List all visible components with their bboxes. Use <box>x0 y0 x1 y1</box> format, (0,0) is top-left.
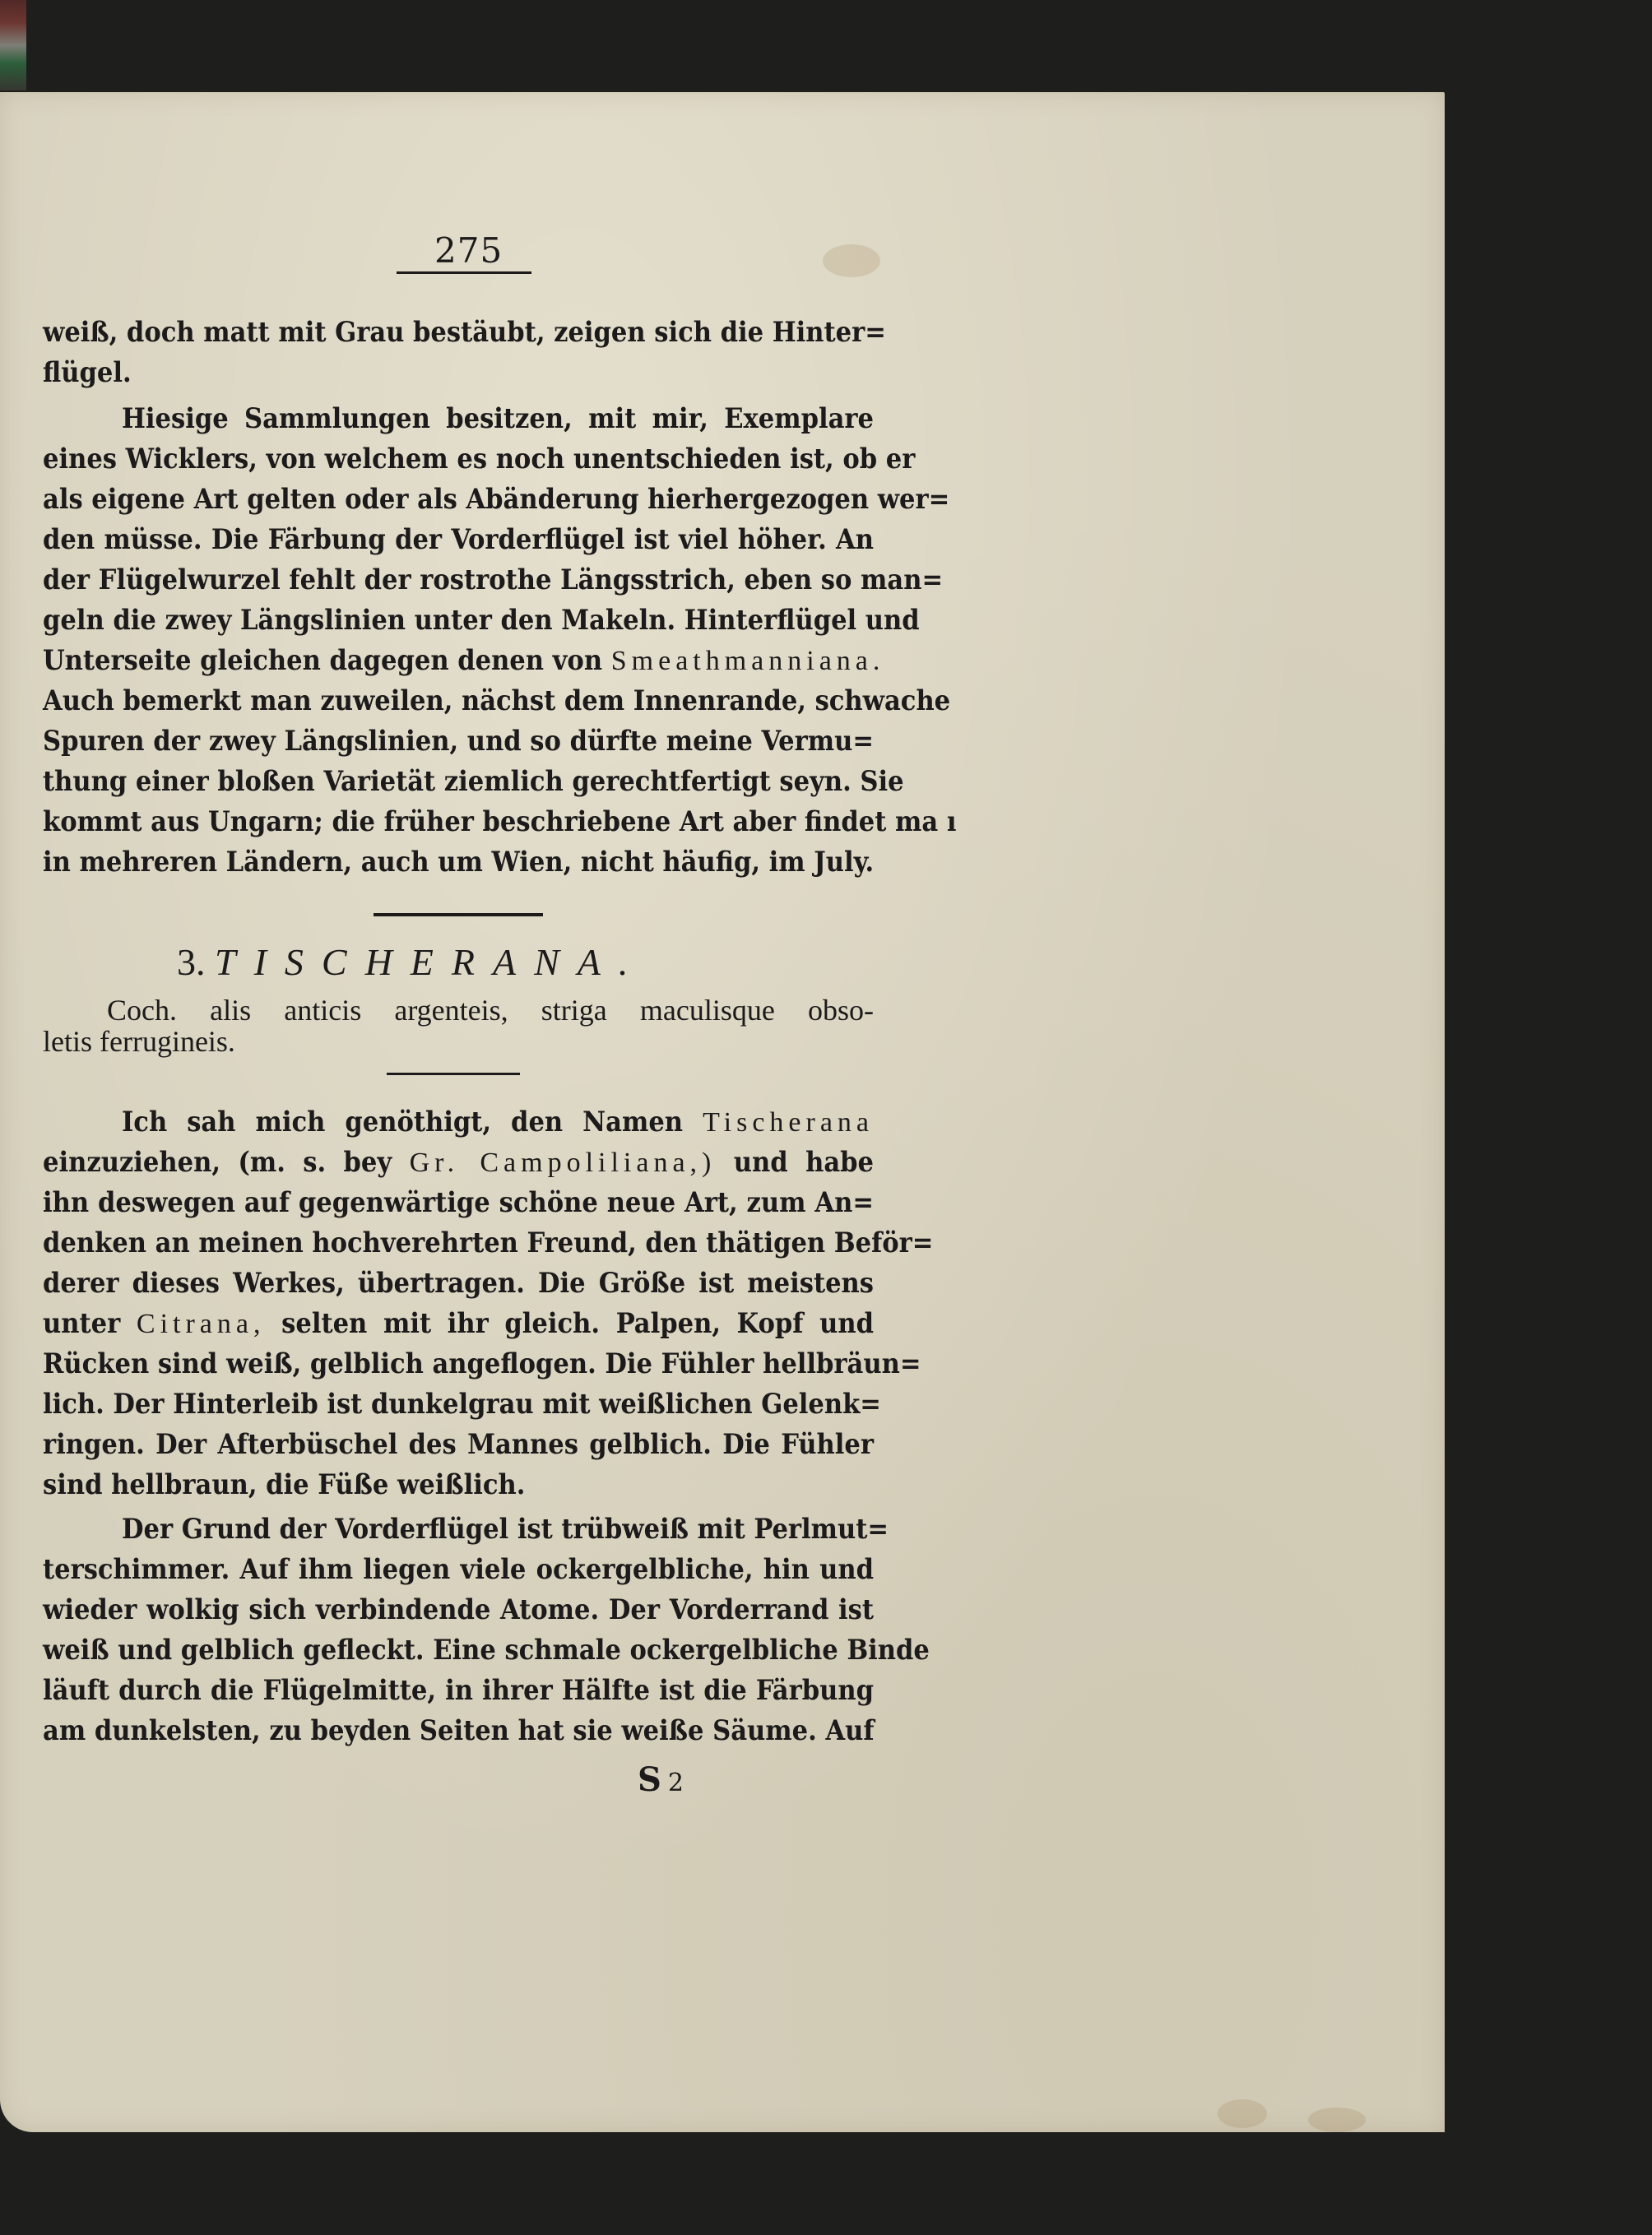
text-line: flügel. <box>43 353 874 392</box>
text-line: Unterseite gleichen dagegen denen von Sm… <box>43 641 874 680</box>
text-line: weiß, doch matt mit Grau bestäubt, zeige… <box>43 313 874 352</box>
signature-letter: S <box>638 1760 661 1799</box>
text-line: Rücken sind weiß, gelblich angeflogen. D… <box>43 1344 874 1384</box>
section-divider <box>374 913 543 916</box>
text-line: am dunkelsten, zu beyden Seiten hat sie … <box>43 1711 874 1750</box>
paragraph-start-line: Hiesige Sammlungen besitzen, mit mir, Ex… <box>43 399 874 438</box>
book-spine-edge <box>0 0 26 90</box>
species-name: Citrana, <box>137 1309 266 1339</box>
text-line: geln die zwey Längslinien unter den Make… <box>43 600 874 640</box>
text-segment: Ich sah mich genöthigt, den Namen <box>122 1106 683 1138</box>
paragraph-start-line: Der Grund der Vorderflügel ist trübweiß … <box>43 1509 874 1549</box>
text-segment: und habe <box>734 1146 874 1179</box>
text-line: ihn deswegen auf gegenwärtige schöne neu… <box>43 1183 874 1222</box>
text-line: denken an meinen hochverehrten Freund, d… <box>43 1223 874 1263</box>
text-line: weiß und gelblich gefleckt. Eine schmale… <box>43 1630 874 1670</box>
text-line: terschimmer. Auf ihm liegen viele ockerg… <box>43 1550 874 1589</box>
text-line: lich. Der Hinterleib ist dunkelgrau mit … <box>43 1384 874 1424</box>
section-divider <box>387 1073 520 1075</box>
text-line: eines Wicklers, von welchem es noch unen… <box>43 439 874 479</box>
paper-stain <box>823 244 880 277</box>
text-line: der Flügelwurzel fehlt der rostrothe Län… <box>43 560 874 600</box>
latin-diagnosis-line: letis ferrugineis. <box>43 1025 874 1058</box>
species-name: Gr. Campoliliana,) <box>410 1148 717 1178</box>
page-number: 275 <box>434 230 492 271</box>
paper-stain <box>1308 2107 1366 2132</box>
text-line: thung einer bloßen Varietät ziemlich ger… <box>43 762 874 801</box>
section-heading: 3. TISCHERANA. <box>177 939 736 985</box>
paper-stain <box>1218 2099 1267 2128</box>
species-name: Tischerana <box>703 1107 874 1138</box>
text-line: derer dieses Werkes, übertragen. Die Grö… <box>43 1264 874 1303</box>
text-line: sind hellbraun, die Füße weißlich. <box>43 1465 874 1505</box>
text-line: wieder wolkig sich verbindende Atome. De… <box>43 1590 874 1630</box>
text-line: Auch bemerkt man zuweilen, nächst dem In… <box>43 681 874 721</box>
text-line: kommt aus Ungarn; die früher beschrieben… <box>43 802 874 842</box>
section-number: 3. <box>177 941 206 983</box>
text-line: den müsse. Die Färbung der Vorderflügel … <box>43 520 874 559</box>
text-line: unter Citrana, selten mit ihr gleich. Pa… <box>43 1304 874 1343</box>
printer-signature-mark: S2 <box>638 1760 684 1799</box>
text-line: als eigene Art gelten oder als Abänderun… <box>43 480 874 519</box>
latin-diagnosis-line: Coch. alis anticis argenteis, striga mac… <box>43 994 874 1027</box>
section-title: TISCHERANA. <box>215 941 646 983</box>
text-segment: selten mit ihr gleich. Palpen, Kopf und <box>281 1307 874 1340</box>
text-line: Spuren der zwey Längslinien, und so dürf… <box>43 721 874 761</box>
text-line: in mehreren Ländern, auch um Wien, nicht… <box>43 842 874 882</box>
text-segment: unter <box>43 1307 120 1340</box>
paragraph-start-line: Ich sah mich genöthigt, den Namen Tische… <box>43 1102 874 1142</box>
species-name: Smeathmanniana. <box>611 646 885 676</box>
page-number-rule <box>397 271 531 274</box>
text-segment: einzuziehen, (m. s. bey <box>43 1146 392 1179</box>
text-segment: Unterseite gleichen dagegen denen von <box>43 644 602 677</box>
signature-number: 2 <box>668 1769 684 1797</box>
text-line: ringen. Der Afterbüschel des Mannes gelb… <box>43 1425 874 1464</box>
text-line: läuft durch die Flügelmitte, in ihrer Hä… <box>43 1671 874 1710</box>
text-line: einzuziehen, (m. s. bey Gr. Campoliliana… <box>43 1143 874 1182</box>
